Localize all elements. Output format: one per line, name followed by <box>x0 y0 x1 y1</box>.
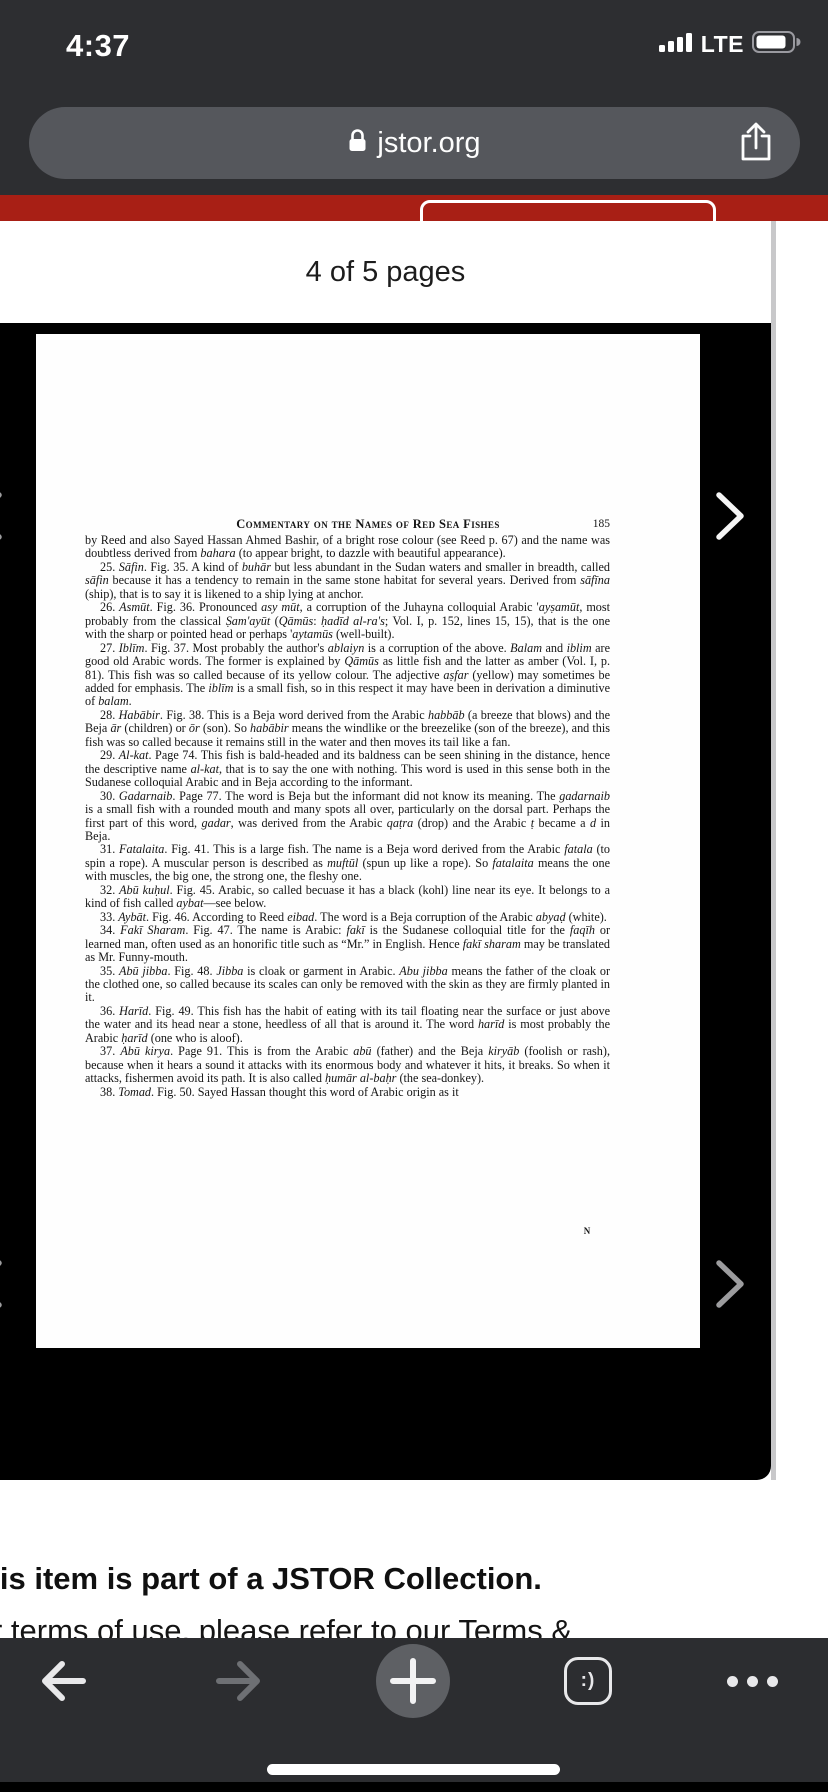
back-button[interactable] <box>39 1659 87 1703</box>
more-menu-button[interactable] <box>724 1675 780 1687</box>
doc-paragraph: 28. Habābir. Fig. 38. This is a Beja wor… <box>85 709 610 749</box>
tab-count-label: :) <box>581 1670 596 1692</box>
doc-paragraph: 25. Sāfin. Fig. 35. A kind of buhār but … <box>85 561 610 601</box>
doc-paragraph: 29. Al-kat. Page 74. This fish is bald-h… <box>85 749 610 789</box>
page-indicator-text: 4 of 5 pages <box>306 256 466 289</box>
lock-icon <box>348 128 367 158</box>
new-tab-button[interactable] <box>376 1644 450 1718</box>
url-text: jstor.org <box>377 127 480 160</box>
status-time: 4:37 <box>66 28 176 64</box>
dot-icon <box>767 1676 778 1687</box>
doc-paragraph: 36. Harīd. Fig. 49. This fish has the ha… <box>85 1005 610 1045</box>
tab-switcher-button[interactable]: :) <box>564 1657 612 1705</box>
doc-paragraph: by Reed and also Sayed Hassan Ahmed Bash… <box>85 534 610 561</box>
forward-button[interactable] <box>215 1659 263 1703</box>
dot-icon <box>727 1676 738 1687</box>
chevron-left-icon <box>0 1258 5 1310</box>
bottom-screen-edge <box>0 1782 828 1792</box>
cellular-signal-icon <box>659 31 693 58</box>
browser-chrome-top: 4:37 LTE <box>0 0 828 195</box>
page-indicator-band: 4 of 5 pages <box>0 221 771 323</box>
doc-paragraph: 32. Abū kuḥul. Fig. 45. Arabic, so calle… <box>85 884 610 911</box>
document-viewer: Commentary on the Names of Red Sea Fishe… <box>0 323 771 1480</box>
forward-arrow-icon <box>215 1659 263 1703</box>
browser-toolbar: :) <box>0 1638 828 1792</box>
prev-page-button-top[interactable] <box>0 490 5 547</box>
doc-paragraph: 34. Fakī Sharam. Fig. 47. The name is Ar… <box>85 924 610 964</box>
doc-paragraph: 33. Aybāt. Fig. 46. According to Reed ei… <box>85 911 610 924</box>
next-page-button-bottom[interactable] <box>713 1258 747 1315</box>
document-page[interactable]: Commentary on the Names of Red Sea Fishe… <box>36 334 700 1348</box>
battery-icon <box>752 30 802 59</box>
plus-icon <box>390 1658 436 1704</box>
clipped-header-button[interactable] <box>420 200 716 221</box>
dot-icon <box>747 1676 758 1687</box>
status-icons: LTE <box>659 30 802 59</box>
share-button[interactable] <box>734 121 778 167</box>
doc-paragraph: 27. Iblīm. Fig. 37. Most probably the au… <box>85 642 610 709</box>
jstor-brand-bar <box>0 195 828 221</box>
screen: 4:37 LTE <box>0 0 828 1792</box>
share-icon <box>738 120 774 169</box>
doc-paragraph: 38. Tomad. Fig. 50. Sayed Hassan thought… <box>85 1086 610 1099</box>
doc-signature-mark: N <box>576 1226 598 1236</box>
chevron-right-icon <box>713 490 747 542</box>
doc-paragraph: 31. Fatalaita. Fig. 41. This is a large … <box>85 843 610 883</box>
pager-divider <box>771 221 776 1480</box>
doc-paragraph: 30. Gadarnaib. Page 77. The word is Beja… <box>85 790 610 844</box>
url-bar[interactable]: jstor.org <box>29 107 800 179</box>
home-indicator[interactable] <box>267 1764 560 1775</box>
prev-page-button-bottom[interactable] <box>0 1258 5 1315</box>
chevron-right-icon <box>713 1258 747 1310</box>
doc-paragraph: 37. Abū kirya. Page 91. This is from the… <box>85 1045 610 1085</box>
network-type-label: LTE <box>701 31 744 58</box>
doc-paragraph: 26. Asmūt. Fig. 36. Pronounced asy mūt, … <box>85 601 610 641</box>
next-page-button-top[interactable] <box>713 490 747 547</box>
doc-body: by Reed and also Sayed Hassan Ahmed Bash… <box>85 534 610 1099</box>
back-arrow-icon <box>39 1659 87 1703</box>
doc-page-number: 185 <box>85 518 610 530</box>
chevron-left-icon <box>0 490 5 542</box>
collection-note-text: This item is part of a JSTOR Collection. <box>0 1561 542 1597</box>
doc-paragraph: 35. Abū jibba. Fig. 48. Jibba is cloak o… <box>85 965 610 1005</box>
